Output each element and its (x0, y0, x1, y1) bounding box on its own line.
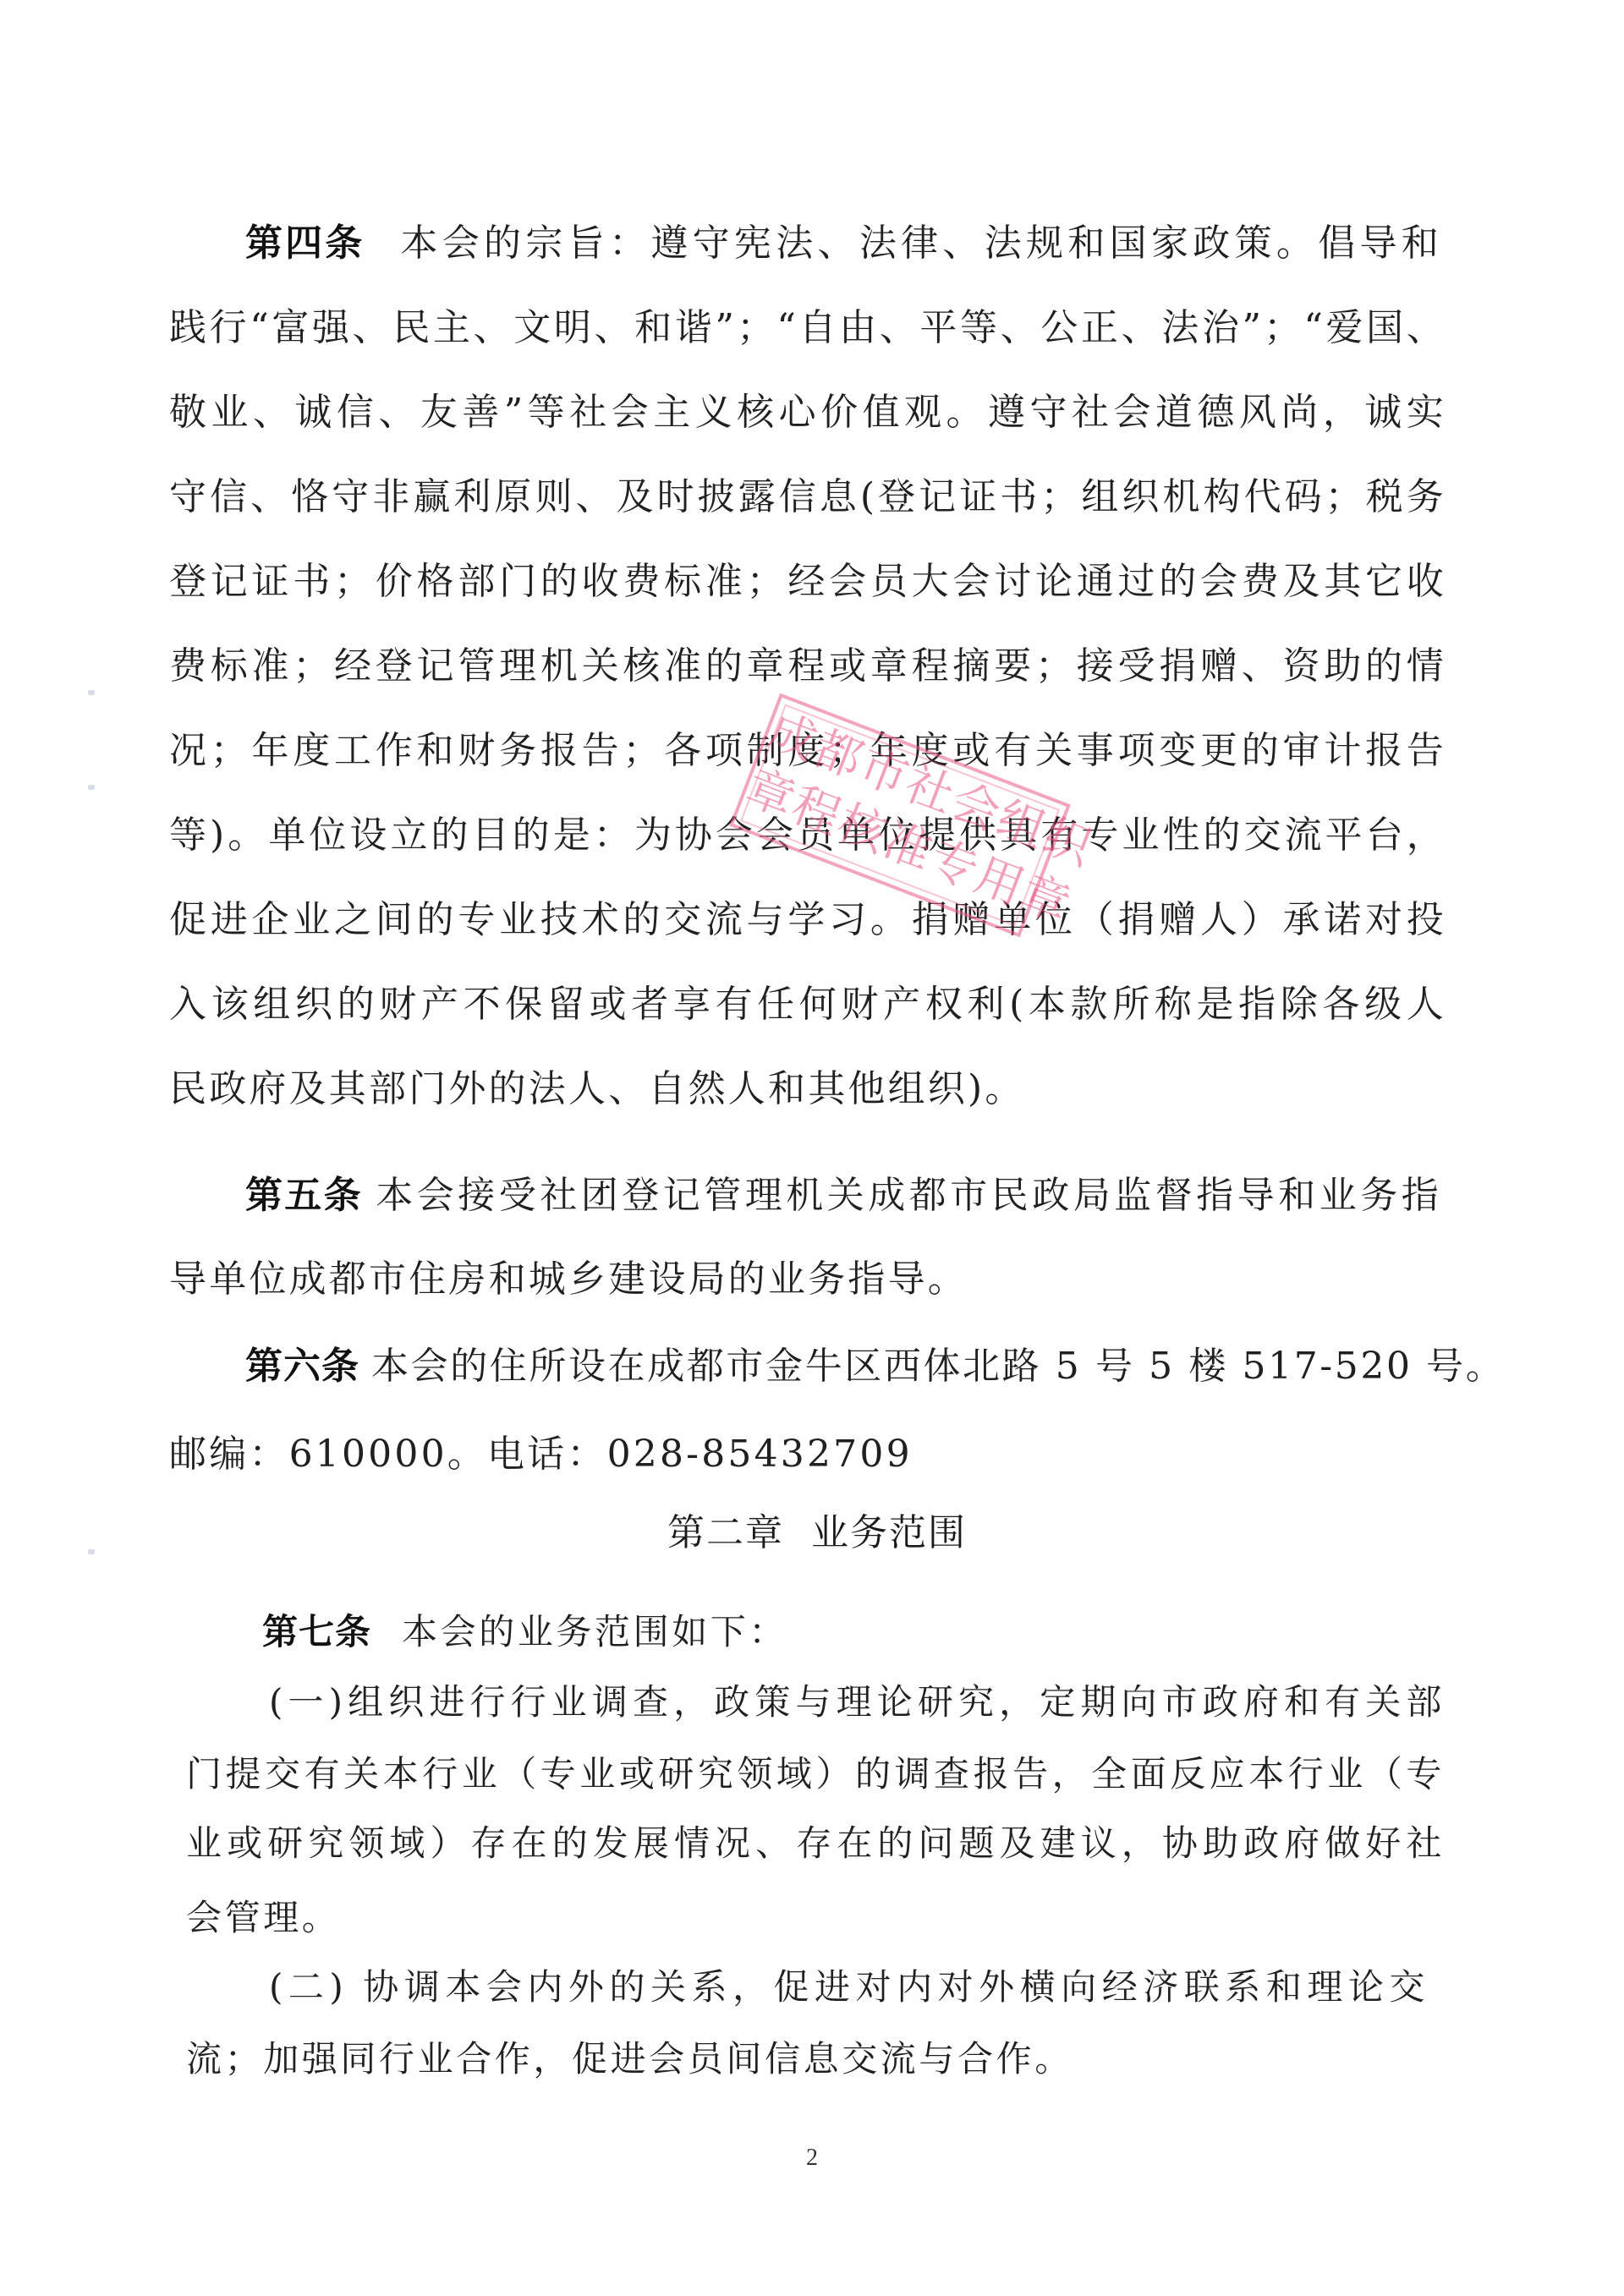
article-4-line: 民政府及其部门外的法人、自然人和其他组织)。 (169, 1064, 1446, 1115)
article-6-line: 第六条本会的住所设在成都市金牛区西体北路 5 号 5 楼 517-520 号。 (245, 1341, 1446, 1392)
article-7-line: 门提交有关本行业（专业或研究领域）的调查报告，全面反应本行业（专 (186, 1749, 1445, 1800)
article-7-line: 业或研究领域）存在的发展情况、存在的问题及建议，协助政府做好社 (186, 1818, 1445, 1869)
article-7-label: 第七条 (262, 1611, 371, 1652)
article-4-line: 促进企业之间的专业技术的交流与学习。捐赠单位（捐赠人）承诺对投 (169, 895, 1446, 945)
article-4-line: 况；年度工作和财务报告；各项制度；年度或有关事项变更的审计报告 (169, 726, 1446, 776)
article-4-line: 入该组织的财产不保留或者享有任何财产权利(本款所称是指除各级人 (169, 979, 1446, 1030)
article-4-label: 第四条 (245, 222, 365, 265)
article-7-intro: 第七条本会的业务范围如下： (262, 1607, 1539, 1658)
article-4-line: 践行“富强、民主、文明、和谐”；“自由、平等、公正、法治”；“爱国、 (169, 303, 1446, 353)
article-4-line: 登记证书；价格部门的收费标准；经会员大会讨论通过的会费及其它收 (169, 556, 1446, 607)
article-5-line: 导单位成都市住房和城乡建设局的业务指导。 (169, 1254, 1446, 1305)
article-7-line: 流；加强同行业合作，促进会员间信息交流与合作。 (186, 2034, 1463, 2085)
article-7-line: 会管理。 (186, 1893, 1463, 1943)
article-7-line: (一)组织进行行业调查，政策与理论研究，定期向市政府和有关部 (269, 1677, 1445, 1728)
scan-artifact (88, 785, 95, 790)
document-page: 第四条本会的宗旨：遵守宪法、法律、法规和国家政策。倡导和 践行“富强、民主、文明… (0, 0, 1624, 2296)
article-5-line: 第五条本会接受社团登记管理机关成都市民政局监督指导和业务指 (245, 1170, 1441, 1221)
article-4-line: 第四条本会的宗旨：遵守宪法、法律、法规和国家政策。倡导和 (245, 218, 1441, 269)
chapter-heading: 第二章 业务范围 (5, 1508, 1624, 1559)
article-7-line: (二) 协调本会内外的关系，促进对内对外横向经济联系和理论交 (269, 1962, 1428, 2013)
article-4-line: 守信、恪守非赢利原则、及时披露信息(登记证书；组织机构代码；税务 (169, 472, 1446, 523)
article-4-line: 费标准；经登记管理机关核准的章程或章程摘要；接受捐赠、资助的情 (169, 641, 1446, 692)
article-4-line: 敬业、诚信、友善”等社会主义核心价值观。遵守社会道德风尚，诚实 (169, 387, 1446, 438)
article-5-label: 第五条 (245, 1174, 363, 1217)
article-6-label: 第六条 (245, 1345, 359, 1388)
article-6-contact: 邮编：610000。电话：028-85432709 (169, 1429, 1446, 1480)
article-4-line: 等)。单位设立的目的是：为协会会员单位提供具有专业性的交流平台， (169, 810, 1446, 861)
page-number: 2 (0, 2145, 1624, 2172)
scan-artifact (88, 690, 95, 695)
